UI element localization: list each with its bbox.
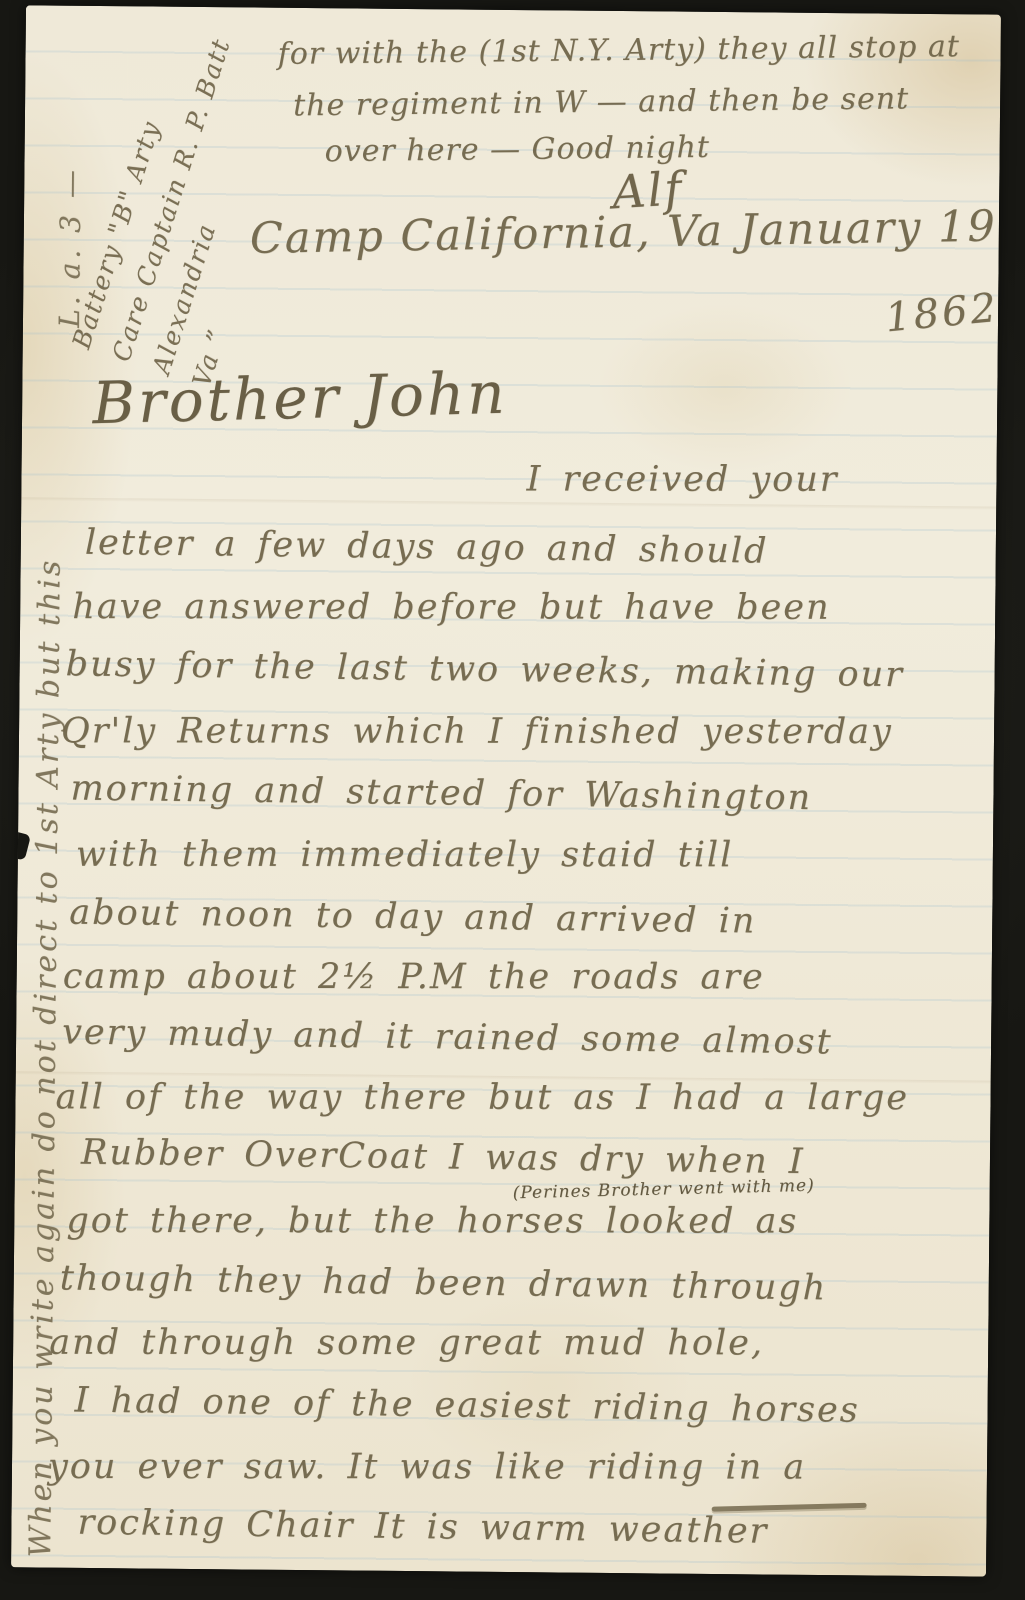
letter-line: about noon to day and arrived in — [69, 893, 757, 942]
letter-line: letter a few days ago and should — [85, 523, 769, 572]
continuation-line: the regiment in W — and then be sent — [293, 81, 909, 123]
continuation-line: for with the (1st N.Y. Arty) they all st… — [277, 29, 960, 72]
letter-line: you ever saw. It was like riding in a — [48, 1447, 806, 1488]
letter-line: very mudy and it rained some almost — [62, 1012, 833, 1062]
fold-crease — [21, 497, 996, 509]
letter-line: I had one of the easiest riding horses — [74, 1380, 860, 1430]
letter-body: I received your letter a few days ago an… — [26, 5, 1001, 14]
dateline-year: 1862 — [883, 285, 1001, 342]
letter-line: Qr'ly Returns which I finished yesterday — [61, 711, 893, 752]
salutation: Brother John — [91, 359, 508, 437]
letter-line: Rubber OverCoat I was dry when I — [81, 1133, 805, 1182]
letter-page: When you write again do not direct to 1s… — [11, 5, 1001, 1576]
letter-line: morning and started for Washington — [70, 768, 812, 818]
paper-edge-notch — [11, 832, 31, 861]
letter-line: with them immediately staid till — [76, 835, 733, 876]
dateline-place-date: Camp California, Va January 19th — [250, 201, 1001, 264]
letter-line: got there, but the horses looked as — [66, 1201, 798, 1242]
letter-line: camp about 2½ P.M the roads are — [63, 957, 765, 998]
address-block: Battery "B" Arty Care Captain R. P. Batt… — [61, 20, 323, 392]
pen-underline-stroke — [712, 1503, 867, 1512]
letter-line: and through some great mud hole, — [49, 1323, 764, 1364]
letter-line: busy for the last two weeks, making our — [65, 644, 904, 695]
letter-line: all of the way there but as I had a larg… — [56, 1077, 910, 1118]
letter-line: rocking Chair It is warm weather — [77, 1503, 768, 1552]
letter-line: I received your — [526, 460, 838, 500]
photo-scene: When you write again do not direct to 1s… — [0, 0, 1025, 1600]
letter-line: though they had been drawn through — [60, 1258, 828, 1308]
interline-note: (Perines Brother went with me) — [512, 1176, 814, 1204]
letter-line: have answered before but have been — [72, 587, 830, 628]
